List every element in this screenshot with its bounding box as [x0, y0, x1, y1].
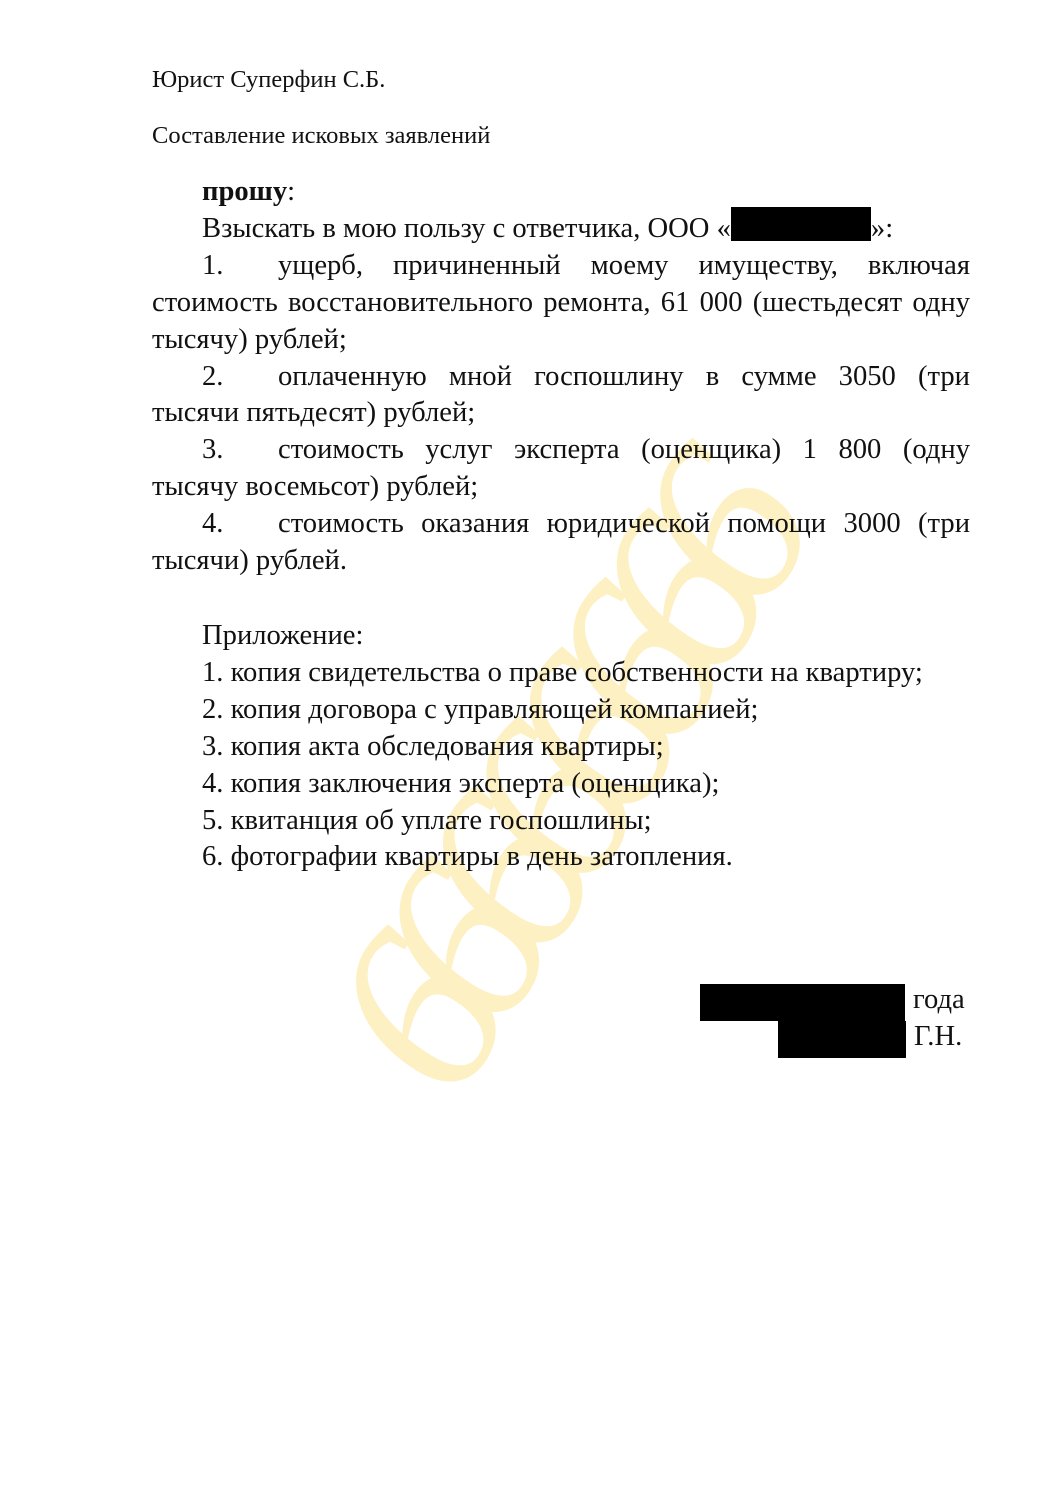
attachments-heading: Приложение: [152, 618, 970, 655]
attachment-item: 3. копия акта обследования квартиры; [152, 729, 970, 766]
attachment-item: 1. копия свидетельства о праве собственн… [152, 655, 970, 692]
request-item: 4.стоимость оказания юридической помощи … [152, 506, 970, 580]
request-item: 1.ущерб, причиненный моему имуществу, вк… [152, 248, 970, 359]
document-page: Юрист Суперфин С.Б. Составление исковых … [0, 0, 1061, 1500]
request-item-number: 1. [202, 248, 278, 285]
redacted-signer-name [778, 1021, 906, 1058]
attachment-item: 5. квитанция об уплате госпошлины; [152, 803, 970, 840]
attachment-item: 4. копия заключения эксперта (оценщика); [152, 766, 970, 803]
request-heading-word: прошу [202, 176, 287, 207]
attachments-section: Приложение: 1. копия свидетельства о пра… [152, 618, 970, 876]
request-heading-colon: : [287, 176, 295, 207]
signer-initials: Г.Н. [914, 1021, 962, 1053]
request-item: 2.оплаченную мной госпошлину в сумме 305… [152, 359, 970, 433]
request-intro-before: Взыскать в мою пользу с ответчика, ООО « [202, 213, 731, 244]
request-intro: Взыскать в мою пользу с ответчика, ООО «… [152, 211, 970, 248]
service-description: Составление исковых заявлений [152, 122, 490, 150]
request-intro-after: »: [871, 213, 893, 244]
date-suffix: года [913, 984, 965, 1016]
request-heading: прошу: [152, 174, 970, 211]
request-item-number: 2. [202, 359, 278, 396]
request-item: 3.стоимость услуг эксперта (оценщика) 1 … [152, 432, 970, 506]
request-item-number: 4. [202, 506, 278, 543]
redacted-company-name [731, 207, 871, 241]
attachment-item: 6. фотографии квартиры в день затопления… [152, 839, 970, 876]
request-item-number: 3. [202, 432, 278, 469]
attachment-item: 2. копия договора с управляющей компание… [152, 692, 970, 729]
lawyer-name: Юрист Суперфин С.Б. [152, 66, 385, 94]
redacted-date [700, 984, 905, 1021]
request-section: прошу: Взыскать в мою пользу с ответчика… [152, 174, 970, 580]
